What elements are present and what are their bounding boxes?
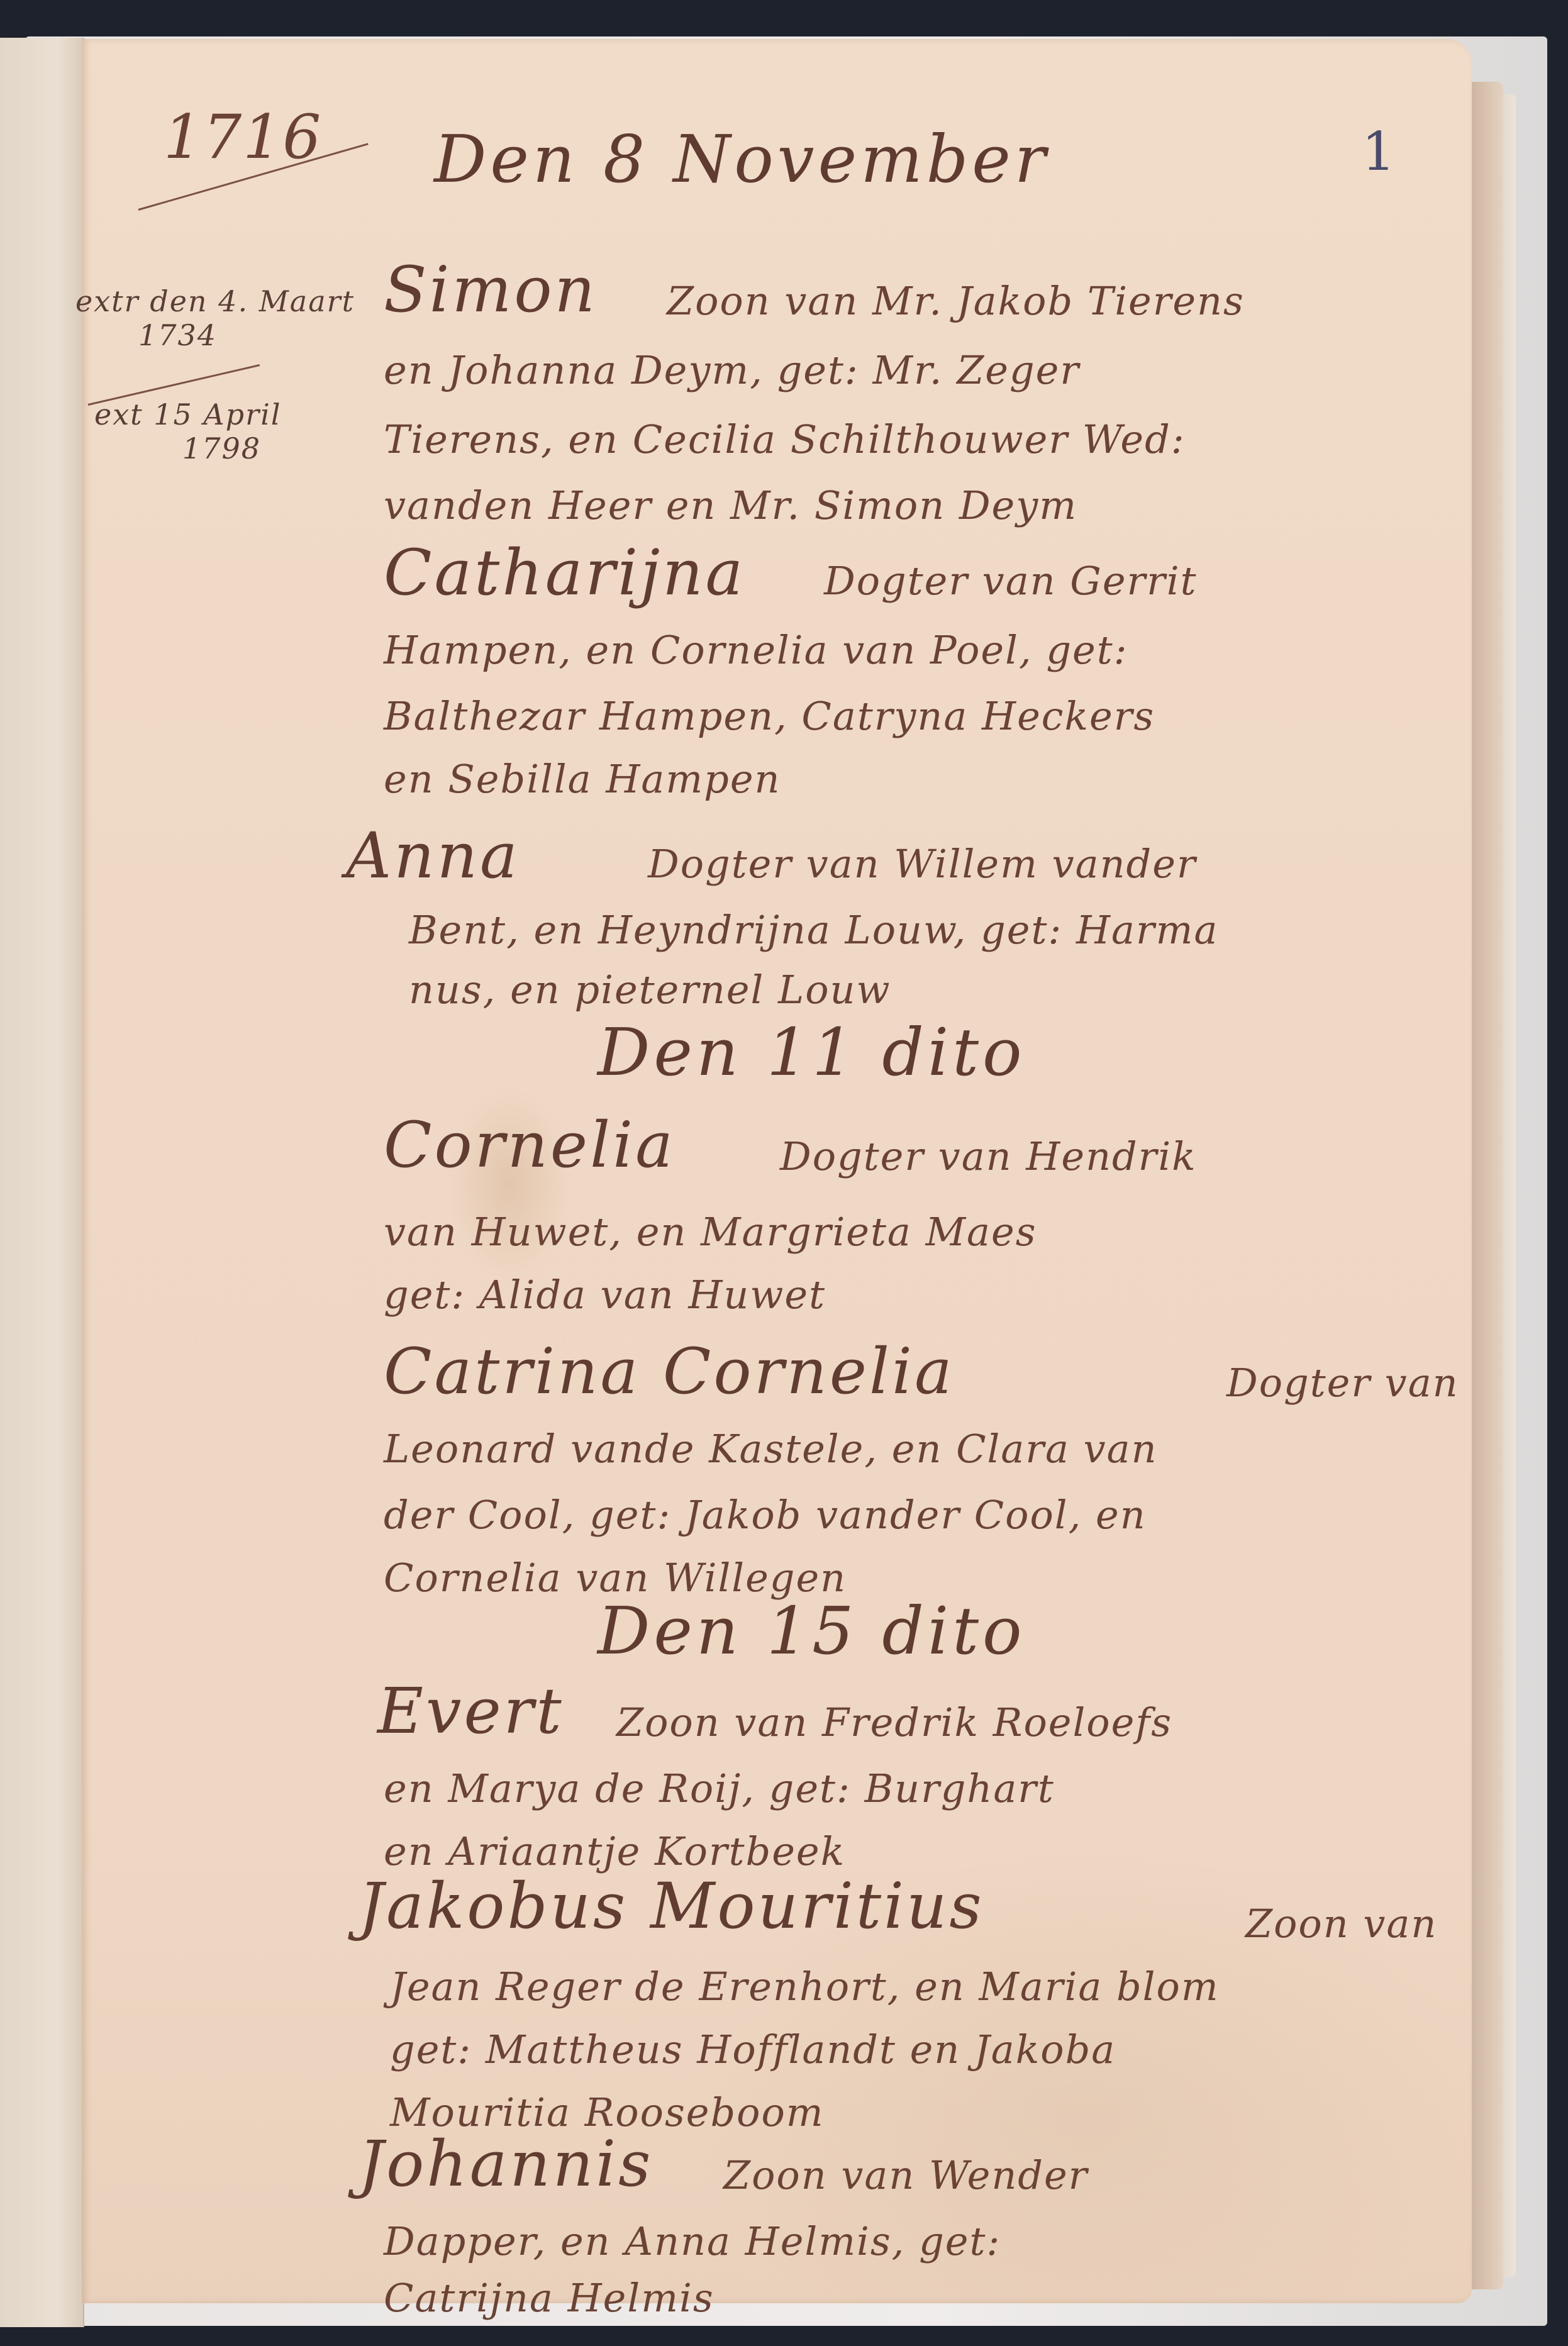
entry-line: Balthezar Hampen, Catryna Heckers (384, 693, 1155, 739)
entry-line: Tierens, en Cecilia Schilthouwer Wed: (384, 416, 1186, 462)
entry-line: Dogter van (1226, 1360, 1459, 1406)
margin-note-2: ext 15 April 1798 (94, 397, 282, 465)
entry-line: Dogter van Hendrik (780, 1133, 1197, 1179)
entry-line: vanden Heer en Mr. Simon Deym (384, 482, 1077, 528)
entry-line: van Huwet, en Margrieta Maes (384, 1209, 1037, 1255)
entry-name-simon: Simon (384, 253, 598, 326)
entry-name-anna: Anna (346, 819, 520, 892)
date-heading-2: Den 11 dito (598, 1014, 1026, 1091)
date-heading-3: Den 15 dito (598, 1593, 1026, 1669)
entry-line: get: Alida van Huwet (384, 1272, 826, 1318)
entry-name-cornelia: Cornelia (384, 1108, 676, 1182)
entry-name-jakobus-mouritius: Jakobus Mouritius (359, 1869, 984, 1943)
entry-line: Catrijna Helmis (384, 2275, 714, 2321)
margin-note-1-line-2: 1734 (75, 318, 355, 352)
margin-note-1: extr den 4. Maart 1734 (75, 284, 355, 352)
entry-name-catrina-cornelia: Catrina Cornelia (384, 1335, 955, 1408)
entry-line: en Johanna Deym, get: Mr. Zeger (384, 347, 1080, 393)
entry-line: Dapper, en Anna Helmis, get: (384, 2218, 1001, 2264)
entry-line: en Ariaantje Kortbeek (384, 1828, 845, 1874)
entry-line: en Marya de Roij, get: Burghart (384, 1765, 1055, 1811)
entry-line: Zoon van (1245, 1901, 1437, 1947)
entry-line: Zoon van Wender (723, 2152, 1088, 2198)
entry-line: nus, en pieternel Louw (409, 967, 891, 1013)
entry-line: Dogter van Willem vander (648, 841, 1197, 887)
entry-line: Bent, en Heyndrijna Louw, get: Harma (409, 907, 1218, 953)
entry-line: Dogter van Gerrit (824, 558, 1198, 604)
margin-note-2-line-2: 1798 (94, 431, 282, 465)
left-page-edge (0, 38, 84, 2327)
date-heading-1: Den 8 November (434, 121, 1050, 197)
entry-line: get: Mattheus Hofflandt en Jakoba (390, 2026, 1116, 2072)
entry-line: en Sebilla Hampen (384, 756, 781, 802)
margin-note-1-line-1: extr den 4. Maart (75, 284, 355, 318)
entry-line: Zoon van Mr. Jakob Tierens (667, 278, 1245, 324)
margin-note-2-line-1: ext 15 April (94, 397, 282, 431)
entry-name-johannis: Johannis (359, 2127, 653, 2201)
year-label: 1716 (164, 102, 322, 172)
page-number: 1 (1362, 121, 1396, 182)
entry-line: der Cool, get: Jakob vander Cool, en (384, 1492, 1147, 1538)
entry-name-catharijna: Catharijna (384, 536, 745, 609)
entry-name-evert: Evert (377, 1674, 564, 1748)
manuscript-page: 1716 Den 8 November 1 extr den 4. Maart … (82, 39, 1472, 2303)
entry-line: Leonard vande Kastele, en Clara van (384, 1426, 1158, 1472)
entry-line: Jean Reger de Erenhort, en Maria blom (390, 1964, 1220, 2010)
entry-line: Hampen, en Cornelia van Poel, get: (384, 627, 1128, 673)
entry-line: Zoon van Fredrik Roeloefs (616, 1699, 1172, 1745)
